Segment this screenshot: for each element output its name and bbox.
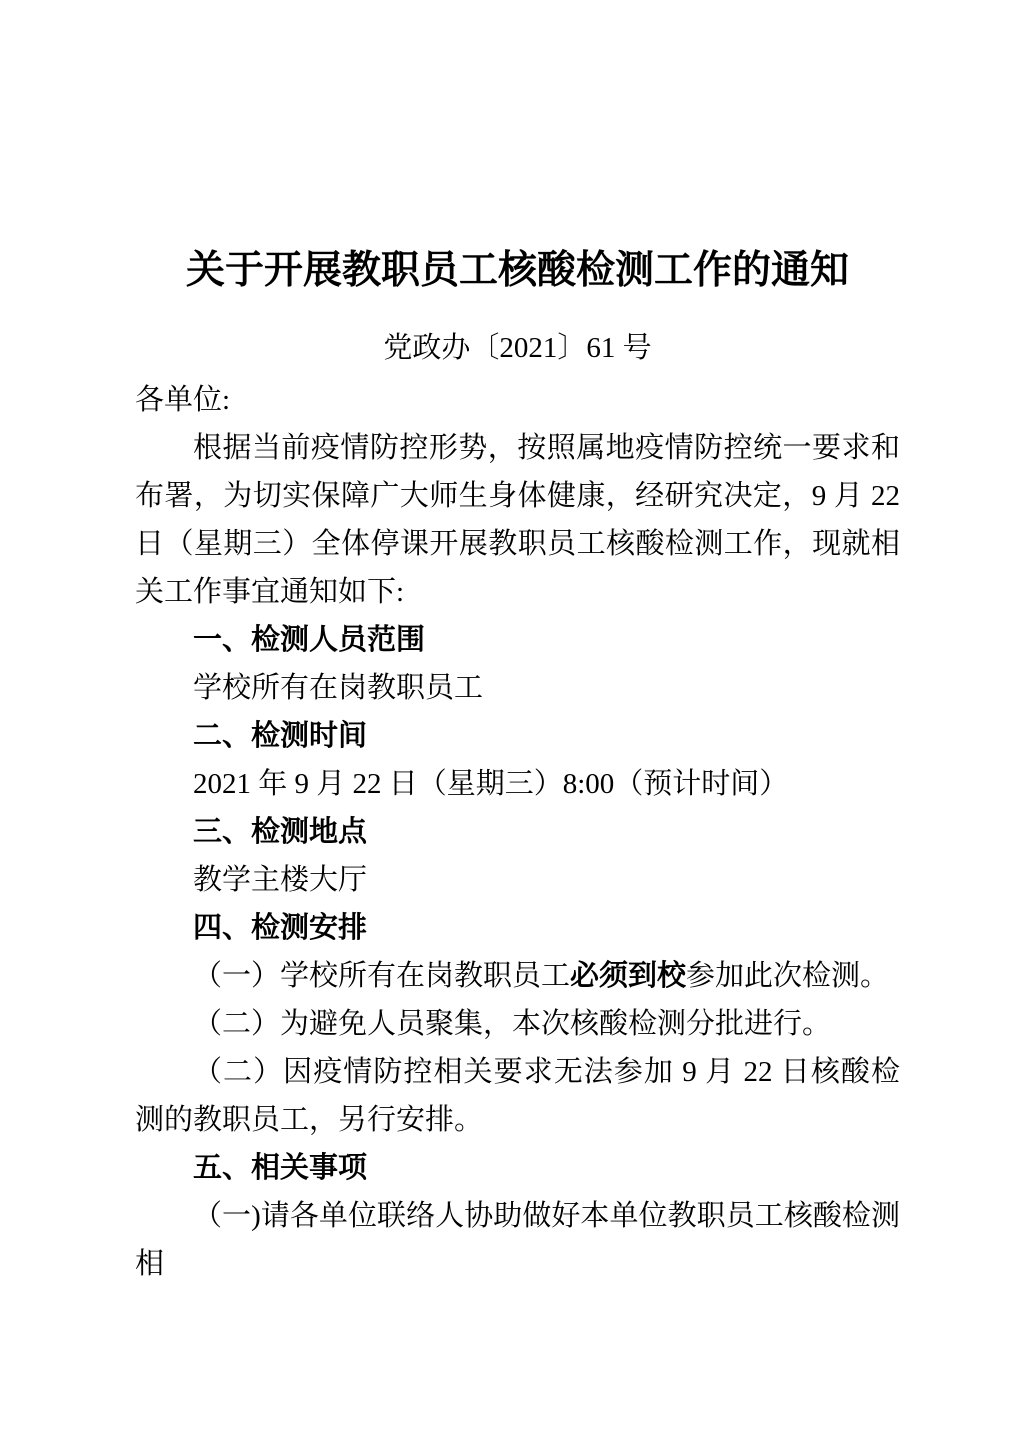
text-run: （一)请各单位联络人协助做好本单位教职员工核酸检测相 <box>135 1200 900 1280</box>
section-paragraph: （二）为避免人员聚集，本次核酸检测分批进行。 <box>135 1000 900 1048</box>
salutation: 各单位: <box>135 376 900 424</box>
section-paragraph: （二）因疫情防控相关要求无法参加 9 月 22 日核酸检测的教职员工，另行安排。 <box>135 1048 900 1144</box>
section-heading: 三、检测地点 <box>135 808 900 856</box>
sections: 一、检测人员范围学校所有在岗教职员工二、检测时间2021 年 9 月 22 日（… <box>135 616 900 1288</box>
text-run: （二）因疫情防控相关要求无法参加 9 月 22 日核酸检测的教职员工，另行安排。 <box>135 1056 900 1136</box>
section-heading: 一、检测人员范围 <box>135 616 900 664</box>
text-run: （二）为避免人员聚集，本次核酸检测分批进行。 <box>193 1008 831 1040</box>
section-paragraph: 教学主楼大厅 <box>135 856 900 904</box>
section-paragraph: 学校所有在岗教职员工 <box>135 664 900 712</box>
section-heading: 四、检测安排 <box>135 904 900 952</box>
section-paragraph: 2021 年 9 月 22 日（星期三）8:00（预计时间） <box>135 760 900 808</box>
document-page: 关于开展教职员工核酸检测工作的通知 党政办〔2021〕61 号 各单位: 根据当… <box>0 0 1024 1448</box>
document-body: 各单位: 根据当前疫情防控形势，按照属地疫情防控统一要求和布署，为切实保障广大师… <box>135 376 900 1288</box>
intro-paragraph: 根据当前疫情防控形势，按照属地疫情防控统一要求和布署，为切实保障广大师生身体健康… <box>135 424 900 616</box>
section-paragraph: （一)请各单位联络人协助做好本单位教职员工核酸检测相 <box>135 1192 900 1288</box>
section-heading: 二、检测时间 <box>135 712 900 760</box>
text-run: （一）学校所有在岗教职员工 <box>193 960 570 992</box>
section-heading: 五、相关事项 <box>135 1144 900 1192</box>
text-run: 2021 年 9 月 22 日（星期三）8:00（预计时间） <box>193 768 788 800</box>
section-paragraph: （一）学校所有在岗教职员工必须到校参加此次检测。 <box>135 952 900 1000</box>
document-number: 党政办〔2021〕61 号 <box>135 330 900 366</box>
text-run: 教学主楼大厅 <box>193 864 367 896</box>
text-run: 参加此次检测。 <box>686 960 889 992</box>
page-title: 关于开展教职员工核酸检测工作的通知 <box>135 244 900 298</box>
text-run: 学校所有在岗教职员工 <box>193 672 483 704</box>
emphasis-text-run: 必须到校 <box>570 960 686 992</box>
